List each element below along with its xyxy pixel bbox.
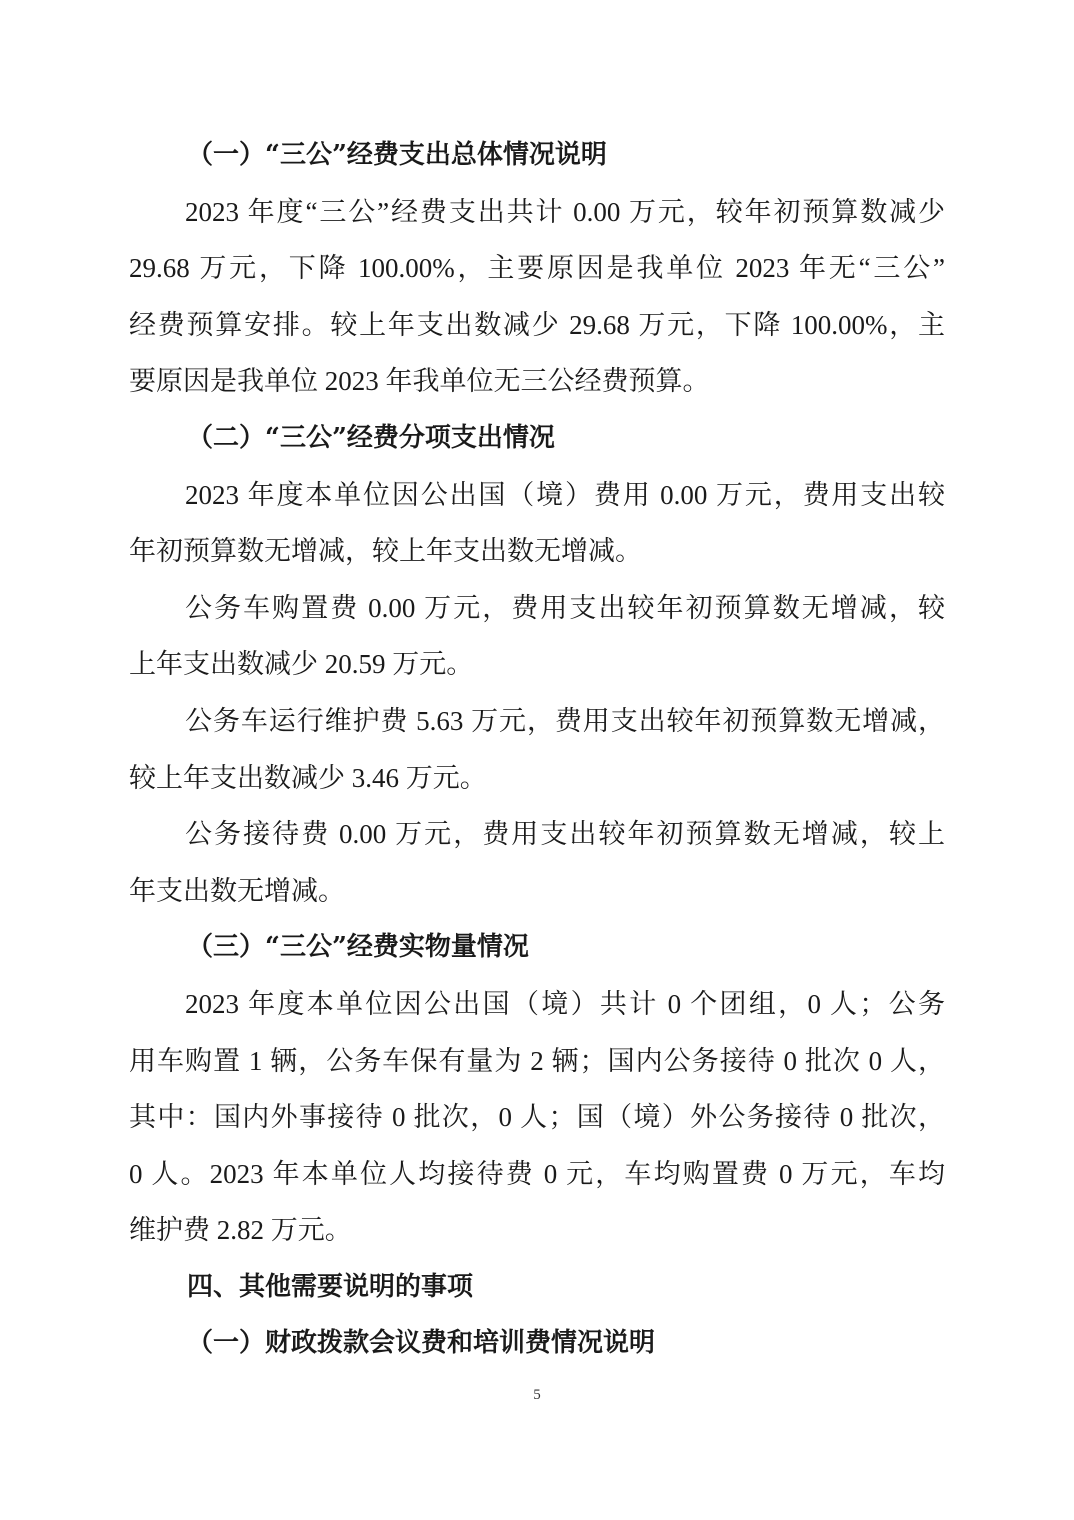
section-heading: （一）“三公”经费支出总体情况说明 <box>129 127 945 184</box>
text-line: 2023 年度本单位因公出国（境）共计 0 个团组，0 人；公务 <box>129 976 945 1033</box>
section-heading: （二）“三公”经费分项支出情况 <box>129 410 945 467</box>
paragraph: 2023 年度本单位因公出国（境）费用 0.00 万元，费用支出较 年初预算数无… <box>129 467 945 580</box>
section-heading: （三）“三公”经费实物量情况 <box>129 919 945 976</box>
text-line: 要原因是我单位 2023 年我单位无三公经费预算。 <box>129 353 945 410</box>
chapter-heading: 四、其他需要说明的事项 <box>129 1259 945 1316</box>
text-line: 其中：国内外事接待 0 批次，0 人；国（境）外公务接待 0 批次， <box>129 1089 945 1146</box>
document-page: （一）“三公”经费支出总体情况说明 2023 年度“三公”经费支出共计 0.00… <box>0 0 1074 1520</box>
text-line: 维护费 2.82 万元。 <box>129 1202 945 1259</box>
paragraph: 公务接待费 0.00 万元，费用支出较年初预算数无增减，较上 年支出数无增减。 <box>129 806 945 919</box>
text-line: 公务接待费 0.00 万元，费用支出较年初预算数无增减，较上 <box>129 806 945 863</box>
text-line: 经费预算安排。较上年支出数减少 29.68 万元，下降 100.00%，主 <box>129 297 945 354</box>
text-line: 年支出数无增减。 <box>129 863 945 920</box>
text-line: 0 人。2023 年本单位人均接待费 0 元，车均购置费 0 万元，车均 <box>129 1146 945 1203</box>
text-line: 用车购置 1 辆，公务车保有量为 2 辆；国内公务接待 0 批次 0 人， <box>129 1033 945 1090</box>
text-line: 上年支出数减少 20.59 万元。 <box>129 636 945 693</box>
paragraph: 2023 年度本单位因公出国（境）共计 0 个团组，0 人；公务 用车购置 1 … <box>129 976 945 1259</box>
section-heading: （一）财政拨款会议费和培训费情况说明 <box>129 1315 945 1372</box>
page-number: 5 <box>0 1387 1074 1404</box>
paragraph: 公务车运行维护费 5.63 万元，费用支出较年初预算数无增减， 较上年支出数减少… <box>129 693 945 806</box>
text-line: 2023 年度“三公”经费支出共计 0.00 万元，较年初预算数减少 <box>129 184 945 241</box>
text-line: 2023 年度本单位因公出国（境）费用 0.00 万元，费用支出较 <box>129 467 945 524</box>
text-line: 较上年支出数减少 3.46 万元。 <box>129 750 945 807</box>
text-line: 公务车运行维护费 5.63 万元，费用支出较年初预算数无增减， <box>129 693 945 750</box>
text-line: 29.68 万元，下降 100.00%，主要原因是我单位 2023 年无“三公” <box>129 240 945 297</box>
document-body: （一）“三公”经费支出总体情况说明 2023 年度“三公”经费支出共计 0.00… <box>129 127 945 1372</box>
text-line: 年初预算数无增减，较上年支出数无增减。 <box>129 523 945 580</box>
paragraph: 公务车购置费 0.00 万元，费用支出较年初预算数无增减，较 上年支出数减少 2… <box>129 580 945 693</box>
paragraph: 2023 年度“三公”经费支出共计 0.00 万元，较年初预算数减少 29.68… <box>129 184 945 410</box>
text-line: 公务车购置费 0.00 万元，费用支出较年初预算数无增减，较 <box>129 580 945 637</box>
